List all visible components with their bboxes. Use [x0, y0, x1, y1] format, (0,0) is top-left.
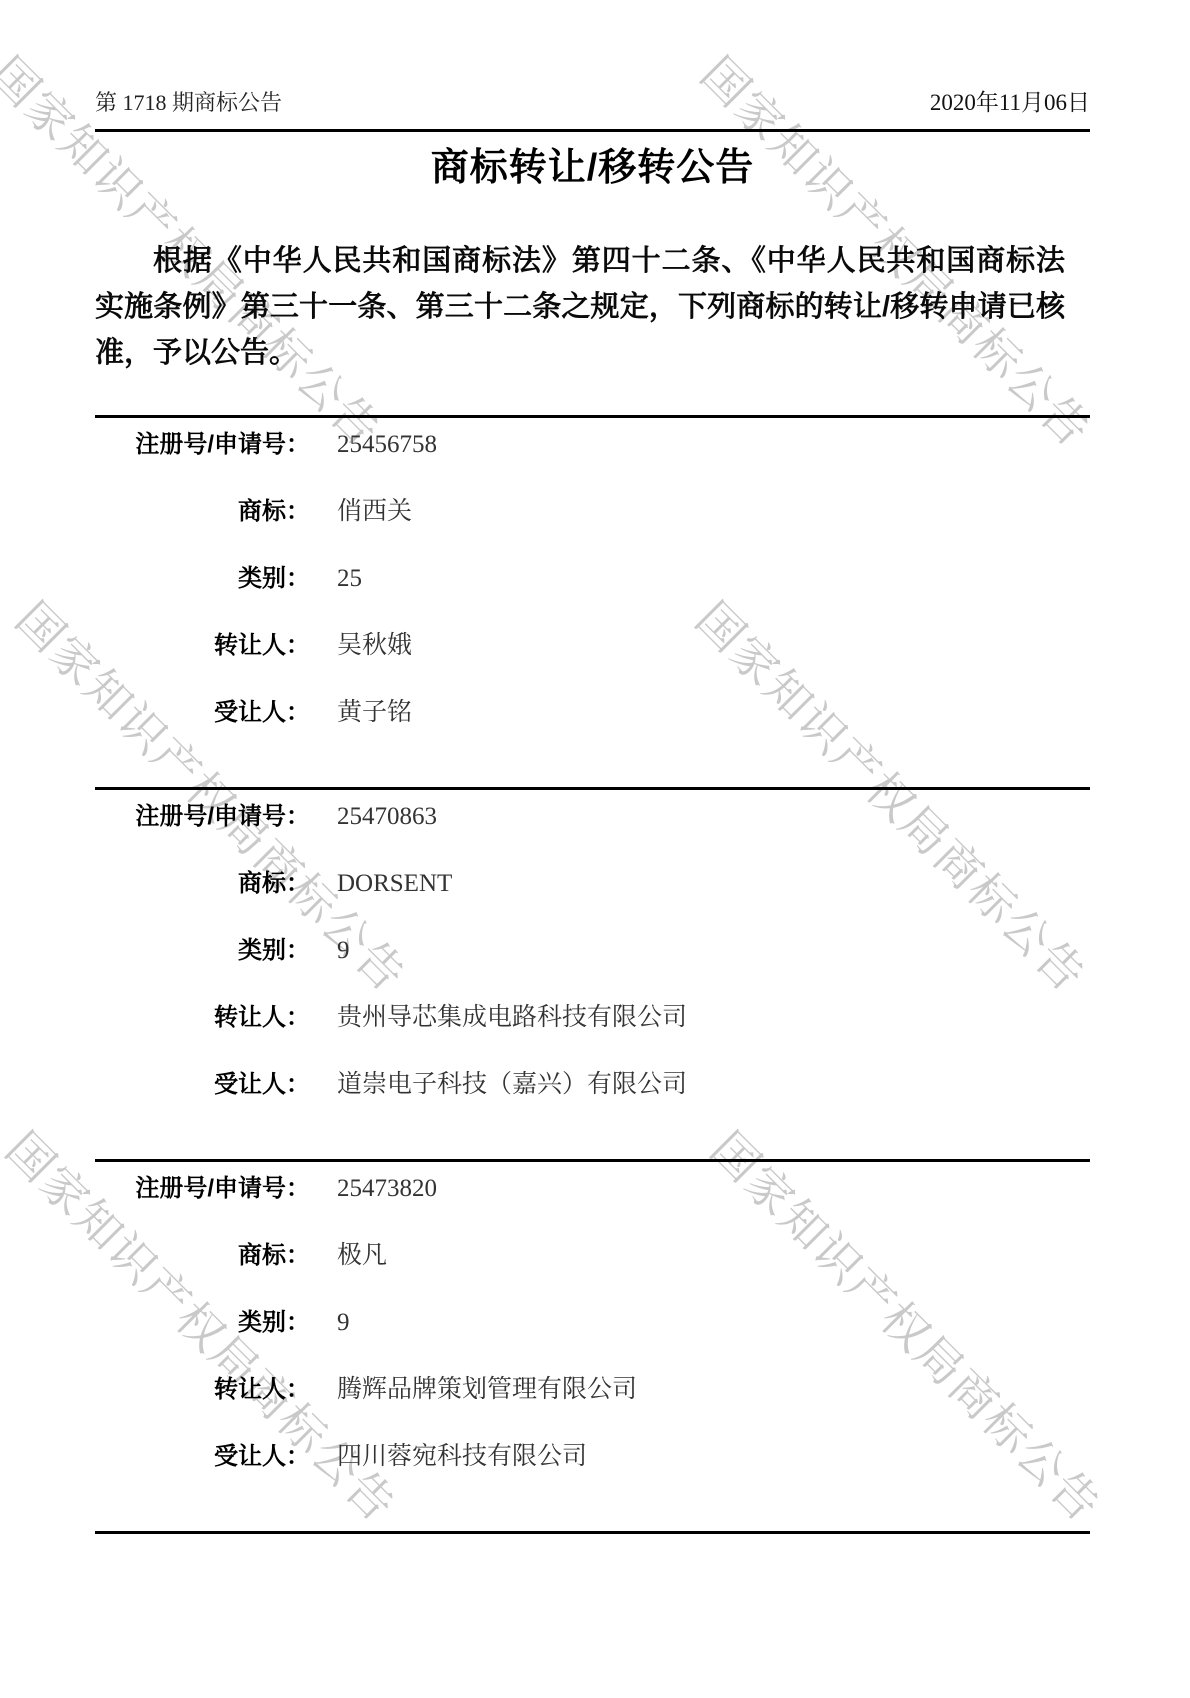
field-label: 转让人：	[95, 1375, 310, 1405]
record-field-assignor: 转让人： 腾辉品牌策划管理有限公司	[95, 1375, 1090, 1405]
field-label: 类别：	[95, 564, 310, 594]
field-value: 25470863	[337, 802, 437, 832]
intro-paragraph: 根据《中华人民共和国商标法》第四十二条、《中华人民共和国商标法实施条例》第三十一…	[95, 238, 1065, 376]
field-label: 注册号/申请号：	[95, 430, 310, 460]
field-label: 商标：	[95, 497, 310, 527]
records-list: 注册号/申请号： 25456758 商标： 俏西关 类别： 25 转让人： 吴秋…	[95, 415, 1090, 1534]
record-field-class: 类别： 9	[95, 1308, 1090, 1338]
field-label: 受让人：	[95, 1442, 310, 1472]
record-field-trademark: 商标： DORSENT	[95, 869, 1090, 899]
field-value: 俏西关	[337, 497, 412, 527]
field-value: 吴秋娥	[337, 631, 412, 661]
field-label: 注册号/申请号：	[95, 802, 310, 832]
publication-date: 2020年11月06日	[930, 84, 1090, 117]
records-bottom-rule	[95, 1531, 1090, 1534]
field-value: 极凡	[337, 1241, 387, 1271]
field-value: DORSENT	[337, 869, 452, 899]
field-value: 25	[337, 564, 362, 594]
record-field-assignee: 受让人： 道崇电子科技（嘉兴）有限公司	[95, 1070, 1090, 1100]
field-value: 道崇电子科技（嘉兴）有限公司	[337, 1070, 687, 1100]
trademark-record: 注册号/申请号： 25473820 商标： 极凡 类别： 9 转让人： 腾辉品牌…	[95, 1159, 1090, 1531]
field-value: 贵州导芯集成电路科技有限公司	[337, 1003, 687, 1033]
field-label: 类别：	[95, 1308, 310, 1338]
record-field-assignee: 受让人： 黄子铭	[95, 698, 1090, 728]
trademark-record: 注册号/申请号： 25470863 商标： DORSENT 类别： 9 转让人：…	[95, 787, 1090, 1159]
record-field-assignor: 转让人： 吴秋娥	[95, 631, 1090, 661]
record-field-trademark: 商标： 极凡	[95, 1241, 1090, 1271]
record-field-class: 类别： 9	[95, 936, 1090, 966]
gazette-issue-number: 第 1718 期商标公告	[95, 86, 282, 117]
field-value: 25473820	[337, 1174, 437, 1204]
record-field-assignor: 转让人： 贵州导芯集成电路科技有限公司	[95, 1003, 1090, 1033]
field-label: 注册号/申请号：	[95, 1174, 310, 1204]
record-field-assignee: 受让人： 四川蓉宛科技有限公司	[95, 1442, 1090, 1472]
field-value: 黄子铭	[337, 698, 412, 728]
record-field-trademark: 商标： 俏西关	[95, 497, 1090, 527]
trademark-record: 注册号/申请号： 25456758 商标： 俏西关 类别： 25 转让人： 吴秋…	[95, 415, 1090, 787]
field-label: 转让人：	[95, 1003, 310, 1033]
field-value: 9	[337, 936, 350, 966]
field-label: 类别：	[95, 936, 310, 966]
record-field-class: 类别： 25	[95, 564, 1090, 594]
field-label: 商标：	[95, 869, 310, 899]
field-label: 受让人：	[95, 698, 310, 728]
record-field-reg-no: 注册号/申请号： 25473820	[95, 1174, 1090, 1204]
record-field-reg-no: 注册号/申请号： 25456758	[95, 430, 1090, 460]
page-header: 第 1718 期商标公告 2020年11月06日	[95, 84, 1090, 132]
gazette-page: 国家知识产权局商标公告 国家知识产权局商标公告 国家知识产权局商标公告 国家知识…	[0, 0, 1190, 1698]
page-title: 商标转让/移转公告	[95, 136, 1090, 191]
field-label: 商标：	[95, 1241, 310, 1271]
field-label: 转让人：	[95, 631, 310, 661]
field-value: 四川蓉宛科技有限公司	[337, 1442, 587, 1472]
field-label: 受让人：	[95, 1070, 310, 1100]
field-value: 9	[337, 1308, 350, 1338]
record-field-reg-no: 注册号/申请号： 25470863	[95, 802, 1090, 832]
field-value: 腾辉品牌策划管理有限公司	[337, 1375, 637, 1405]
field-value: 25456758	[337, 430, 437, 460]
